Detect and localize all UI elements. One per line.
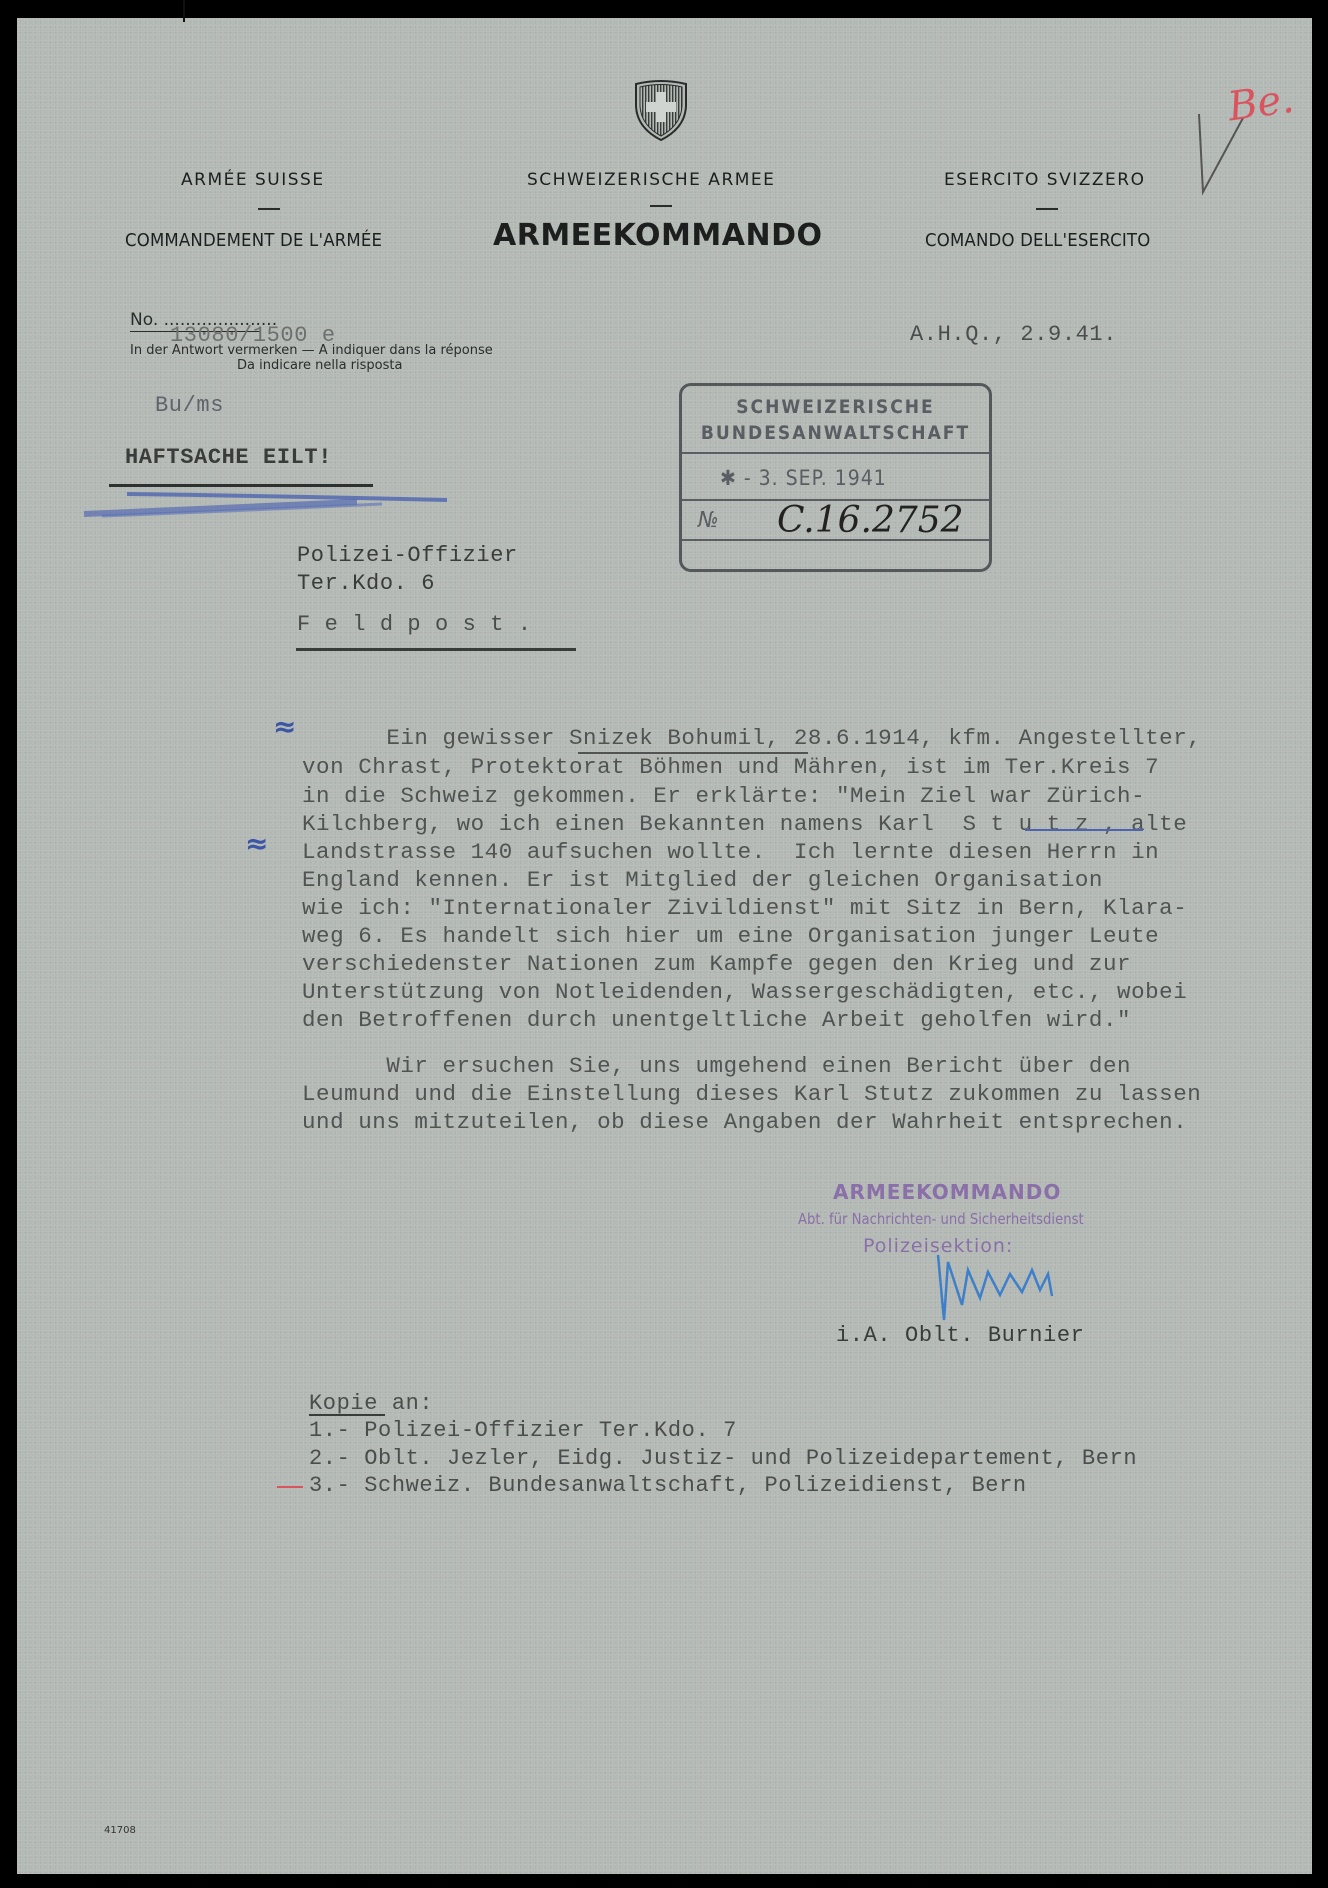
blue-pencil-strokes <box>82 490 462 535</box>
stamp-number-value: C.16.2752 <box>777 500 964 541</box>
copies-heading-underline <box>309 1414 385 1416</box>
letterhead-center-top: SCHWEIZERISCHE ARMEE <box>527 170 775 190</box>
reference-instruction-2: Da indicare nella risposta <box>237 358 402 373</box>
recipient-line-3: F e l d p o s t . <box>297 612 532 637</box>
body-line: wie ich: "Internationaler Zivildienst" m… <box>302 895 1187 921</box>
stamp-date: ✱ - 3. SEP. 1941 <box>682 466 989 490</box>
signature-name: i.A. Oblt. Burnier <box>836 1323 1084 1348</box>
receipt-stamp: SCHWEIZERISCHE BUNDESANWALTSCHAFT ✱ - 3.… <box>679 383 992 572</box>
body-line: Ein gewisser Snizek Bohumil, 28.6.1914, … <box>302 725 1201 751</box>
margin-mark-2: ≈ <box>245 827 268 860</box>
copies-item-3: 3.- Schweiz. Bundesanwaltschaft, Polizei… <box>309 1473 1027 1498</box>
letterhead-center-divider <box>650 205 672 207</box>
stamp-rule <box>682 539 989 541</box>
copies-heading: Kopie an: <box>309 1391 433 1416</box>
recipient-line-1: Polizei-Offizier <box>297 543 518 568</box>
reference-initials: Bu/ms <box>155 393 224 418</box>
recipient-line-2: Ter.Kdo. 6 <box>297 571 435 596</box>
signature-stamp-line-2: Abt. für Nachrichten- und Sicherheitsdie… <box>798 1210 1084 1228</box>
body-line: und uns mitzuteilen, ob diese Angaben de… <box>302 1109 1187 1135</box>
signature-stamp-line-1: ARMEEKOMMANDO <box>833 1180 1061 1204</box>
body-line: weg 6. Es handelt sich hier um eine Orga… <box>302 923 1159 949</box>
body-line: von Chrast, Protektorat Böhmen und Mähre… <box>302 754 1159 780</box>
letterhead-left-bottom: COMMANDEMENT DE L'ARMÉE <box>125 230 382 251</box>
body-line: Landstrasse 140 aufsuchen wollte. Ich le… <box>302 839 1159 865</box>
stamp-number-label: № <box>698 508 719 533</box>
letterhead-left-top: ARMÉE SUISSE <box>181 170 325 190</box>
red-pencil-tick <box>277 1486 303 1488</box>
body-line: Kilchberg, wo ich einen Bekannten namens… <box>302 811 1187 837</box>
copies-item-1: 1.- Polizei-Offizier Ter.Kdo. 7 <box>309 1418 737 1443</box>
stamp-line-2: BUNDESANWALTSCHAFT <box>682 422 989 444</box>
stamp-line-1: SCHWEIZERISCHE <box>682 396 989 418</box>
letterhead-right-divider <box>1036 208 1058 210</box>
form-number: 41708 <box>104 1825 136 1836</box>
handwritten-initials: Be. <box>1225 76 1297 131</box>
letterhead-left-divider <box>258 208 280 210</box>
urgent-underline <box>109 484 373 487</box>
blue-underline-stutz <box>1025 829 1143 831</box>
body-line: in die Schweiz gekommen. Er erklärte: "M… <box>302 783 1145 809</box>
body-line: Wir ersuchen Sie, uns umgehend einen Ber… <box>302 1053 1131 1079</box>
letterhead-right-bottom: COMANDO DELL'ESERCITO <box>925 230 1150 251</box>
letterhead-right-top: ESERCITO SVIZZERO <box>944 170 1145 190</box>
body-line: den Betroffenen durch unentgeltliche Arb… <box>302 1007 1131 1033</box>
stamp-rule <box>682 452 989 454</box>
body-line: verschiedenster Nationen zum Kampfe gege… <box>302 951 1131 977</box>
swiss-shield-icon <box>633 80 689 142</box>
pen-tick <box>183 0 185 22</box>
name-underline <box>578 752 808 754</box>
recipient-underline <box>296 648 576 651</box>
letterhead-center-bottom: ARMEEKOMMANDO <box>493 218 823 253</box>
body-line: Leumund und die Einstellung dieses Karl … <box>302 1081 1201 1107</box>
body-line: England kennen. Er ist Mitglied der glei… <box>302 867 1103 893</box>
margin-mark-1: ≈ <box>273 710 296 743</box>
reference-instruction-1: In der Antwort vermerken — A indiquer da… <box>130 343 493 358</box>
date-line: A.H.Q., 2.9.41. <box>910 322 1117 347</box>
body-line: Unterstützung von Notleidenden, Wasserge… <box>302 979 1187 1005</box>
copies-item-2: 2.- Oblt. Jezler, Eidg. Justiz- und Poli… <box>309 1446 1137 1471</box>
urgent-label: HAFTSACHE EILT! <box>125 445 332 470</box>
